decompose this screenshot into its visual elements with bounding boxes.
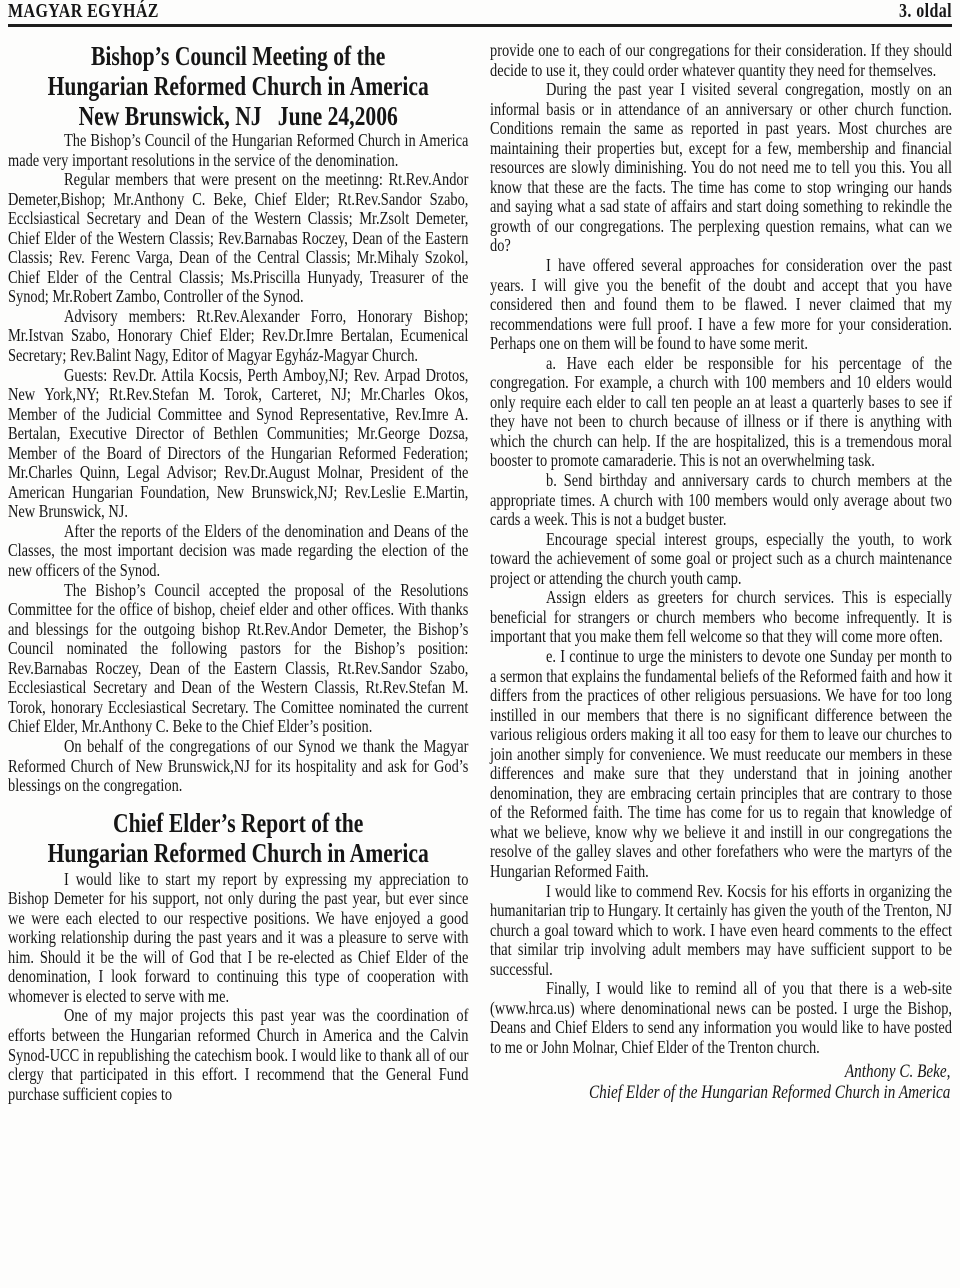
body-paragraph: Guests: Rev.Dr. Attila Kocsis, Perth Amb… (8, 366, 468, 522)
body-paragraph: The Bishop’s Council of the Hungarian Re… (8, 131, 468, 170)
article-title: Bishop’s Council Meeting of theHungarian… (8, 41, 468, 131)
header-rule (8, 24, 952, 27)
body-paragraph: After the reports of the Elders of the d… (8, 522, 468, 581)
body-paragraph: I would like to commend Rev. Kocsis for … (490, 882, 952, 980)
chief-elder-report-paragraphs: I would like to start my report by expre… (8, 870, 468, 1105)
meeting-report-paragraphs: The Bishop’s Council of the Hungarian Re… (8, 131, 468, 796)
body-paragraph: b. Send birthday and anniversary cards t… (490, 471, 952, 530)
section-heading-line: Hungarian Reformed Church in America (8, 838, 468, 868)
body-paragraph: On behalf of the congregations of our Sy… (8, 737, 468, 796)
body-paragraph: a. Have each elder be responsible for hi… (490, 354, 952, 471)
section-heading-line: Chief Elder’s Report of the (8, 808, 468, 838)
article-columns: Bishop’s Council Meeting of theHungarian… (8, 41, 952, 1104)
right-column-paragraphs: provide one to each of our congregations… (490, 41, 952, 1057)
body-paragraph: e. I continue to urge the ministers to d… (490, 647, 952, 882)
article-title-line: Bishop’s Council Meeting of the (8, 41, 468, 71)
publication-title: MAGYAR EGYHÁZ (8, 2, 159, 21)
right-column: provide one to each of our congregations… (490, 41, 952, 1104)
document-page: MAGYAR EGYHÁZ 3. oldal Bishop’s Council … (0, 0, 960, 1104)
body-paragraph: The Bishop’s Council accepted the propos… (8, 581, 468, 737)
body-paragraph: Encourage special interest groups, espec… (490, 530, 952, 589)
body-paragraph: During the past year I visited several c… (490, 80, 952, 256)
left-column: Bishop’s Council Meeting of theHungarian… (8, 41, 468, 1104)
page-number: 3. oldal (899, 2, 952, 21)
signature-line: Chief Elder of the Hungarian Reformed Ch… (490, 1082, 950, 1103)
body-paragraph: Advisory members: Rt.Rev.Alexander Forro… (8, 307, 468, 366)
body-paragraph: Assign elders as greeters for church ser… (490, 588, 952, 647)
body-paragraph: Regular members that were present on the… (8, 170, 468, 307)
body-paragraph: One of my major projects this past year … (8, 1006, 468, 1104)
article-title-line: New Brunswick, NJ June 24,2006 (8, 101, 468, 131)
body-paragraph: Finally, I would like to remind all of y… (490, 979, 952, 1057)
section-heading: Chief Elder’s Report of theHungarian Ref… (8, 808, 468, 868)
body-paragraph: I would like to start my report by expre… (8, 870, 468, 1007)
page-header: MAGYAR EGYHÁZ 3. oldal (8, 2, 952, 21)
signature-block: Anthony C. Beke,Chief Elder of the Hunga… (490, 1061, 952, 1103)
signature-line: Anthony C. Beke, (490, 1061, 950, 1082)
body-paragraph: provide one to each of our congregations… (490, 41, 952, 80)
article-title-line: Hungarian Reformed Church in America (8, 71, 468, 101)
body-paragraph: I have offered several approaches for co… (490, 256, 952, 354)
